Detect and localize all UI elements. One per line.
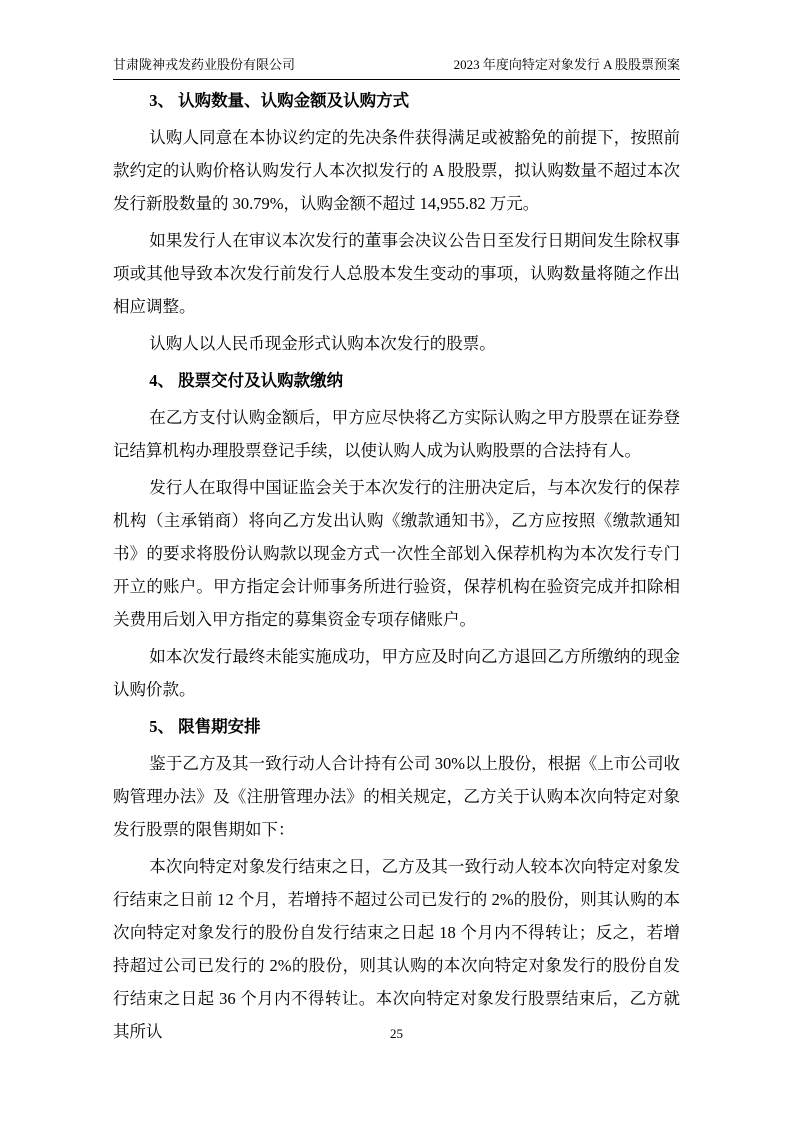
page-header: 甘肃陇神戎发药业股份有限公司 2023 年度向特定对象发行 A 股股票预案 <box>113 56 680 80</box>
document-page: 甘肃陇神戎发药业股份有限公司 2023 年度向特定对象发行 A 股股票预案 3、… <box>0 0 793 1122</box>
paragraph: 如本次发行最终未能实施成功，甲方应及时向乙方退回乙方所缴纳的现金认购价款。 <box>113 640 680 706</box>
paragraph: 发行人在取得中国证监会关于本次发行的注册决定后，与本次发行的保荐机构（主承销商）… <box>113 471 680 636</box>
page-footer: 25 <box>113 1026 680 1042</box>
header-company-name: 甘肃陇神戎发药业股份有限公司 <box>113 56 295 73</box>
paragraph: 本次向特定对象发行结束之日，乙方及其一致行动人较本次向特定对象发行结束之日前 1… <box>113 850 680 1048</box>
section-heading-4: 4、 股票交付及认购款缴纳 <box>113 364 680 397</box>
paragraph: 认购人同意在本协议约定的先决条件获得满足或被豁免的前提下，按照前款约定的认购价格… <box>113 121 680 220</box>
paragraph: 认购人以人民币现金形式认购本次发行的股票。 <box>113 327 680 360</box>
page-number: 25 <box>390 1026 403 1041</box>
paragraph: 如果发行人在审议本次发行的董事会决议公告日至发行日期间发生除权事项或其他导致本次… <box>113 224 680 323</box>
paragraph: 鉴于乙方及其一致行动人合计持有公司 30%以上股份，根据《上市公司收购管理办法》… <box>113 747 680 846</box>
paragraph: 在乙方支付认购金额后，甲方应尽快将乙方实际认购之甲方股票在证券登记结算机构办理股… <box>113 401 680 467</box>
section-heading-5: 5、 限售期安排 <box>113 710 680 743</box>
document-body: 3、 认购数量、认购金额及认购方式 认购人同意在本协议约定的先决条件获得满足或被… <box>113 84 680 1048</box>
header-document-title: 2023 年度向特定对象发行 A 股股票预案 <box>454 56 680 73</box>
section-heading-3: 3、 认购数量、认购金额及认购方式 <box>113 84 680 117</box>
